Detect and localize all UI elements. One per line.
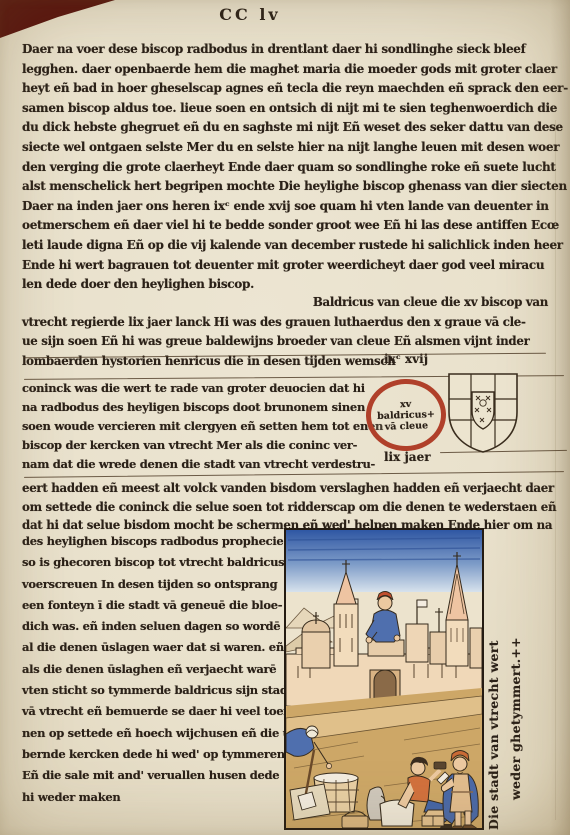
woodcut-caption-line1: Die stadt van vtrecht wert [486,556,501,830]
circle-text-line: xv [400,398,412,409]
text-line: een fonteyn ī die stadt vā geneuē die bl… [22,595,284,616]
paragraph-baldricus-full: eert hadden eñ meest alt volck vanden bi… [22,479,548,535]
text-line: dich was. eñ inden seluen dagen so wordē [22,616,284,637]
text-line: al die denen ūslagen waer dat si waren. … [22,637,284,658]
text-line: vtrecht regierde lix jaer lanck Hi was d… [22,313,548,333]
woodcut-illustration [284,528,484,830]
text-line: samen biscop aldus toe. lieue soen en on… [22,99,548,119]
paragraph-radbodus: Daer na voer dese biscop radbodus in dre… [22,40,548,295]
text-line: alst menschelick hert begripen mochte Di… [22,177,548,197]
text-line: des heylighen biscops radbodus prophecie [22,531,284,552]
text-line: voerscreuen In desen tijden so ontsprang [22,574,284,595]
red-circle-annotation: xv baldricus+ vā cleue [365,378,447,453]
text-line: siecte wel ontgaen selste Mer du en sels… [22,138,548,158]
cleves-coat-of-arms [444,370,522,456]
text-line: hi weder maken [22,787,284,808]
text-line: nen op settede eñ hoech wijchusen eñ die… [22,723,284,744]
text-line: als die denen ūslaghen eñ verjaecht warē [22,659,284,680]
folio-number: CC lv [160,5,340,24]
paragraph-baldricus-narrow: coninck was die wert te rade van groter … [22,379,376,474]
text-line: Daer na voer dese biscop radbodus in dre… [22,40,548,60]
text-line: Daer na inden jaer ons heren ixᶜ ende xv… [22,197,548,217]
paragraph-baldricus-intro: Baldricus van cleue die xv biscop van vt… [22,293,548,371]
text-line: ue sijn soen Eñ hi was greue baldewijns … [22,332,548,352]
text-line: len dede doer den heylighen biscop. [22,275,548,295]
text-line: vten sticht so tymmerde baldricus sijn s… [22,680,284,701]
margin-note-reign: lix jaer [384,450,431,464]
text-line: leti laude digna Eñ op die vij kalende v… [22,236,548,256]
text-line: oetmerschem eñ daer viel hi te bedde son… [22,216,548,236]
text-line: om settede die coninck die selue soen to… [22,498,548,517]
text-line: heyt eñ bad in hoer gheselscap agnes eñ … [22,79,548,99]
text-line: Eñ die sale mit and' veruallen husen ded… [22,765,284,786]
text-line: Ende hi wert bagrauen tot deuenter mit g… [22,256,548,276]
text-line: den verging die grote claerheyt Ende dae… [22,158,548,178]
text-line: so is ghecoren biscop tot vtrecht baldri… [22,552,284,573]
incunable-page: CC lv Daer na voer dese biscop radbodus … [0,0,570,835]
text-line: bernde kercken dede hi wed' op tymmeren [22,744,284,765]
text-line: coninck was die wert te rade van groter … [22,379,376,398]
circle-text-line: vā cleue [385,420,429,433]
binding-corner [0,0,128,42]
text-line: nam dat die wrede denen die stadt van vt… [22,455,376,474]
text-line: Baldricus van cleue die xv biscop van [22,293,548,313]
text-line: du dick hebste ghegruet eñ du en saghste… [22,118,548,138]
text-line: eert hadden eñ meest alt volck vanden bi… [22,479,548,498]
text-line: na radbodus des heyligen biscops doot br… [22,398,376,417]
text-line: soen woude vercieren mit clergyen eñ set… [22,417,376,436]
text-line: biscop der kercken van vtrecht Mer als d… [22,436,376,455]
woodcut-caption-line2: weder ghetymmert.++ [508,602,523,800]
text-line: legghen. daer openbaerde hem die maghet … [22,60,548,80]
left-column-text: des heylighen biscops radbodus prophecie… [22,531,284,808]
text-line: vā vtrecht eñ bemuerde se daer hi veel t… [22,701,284,722]
